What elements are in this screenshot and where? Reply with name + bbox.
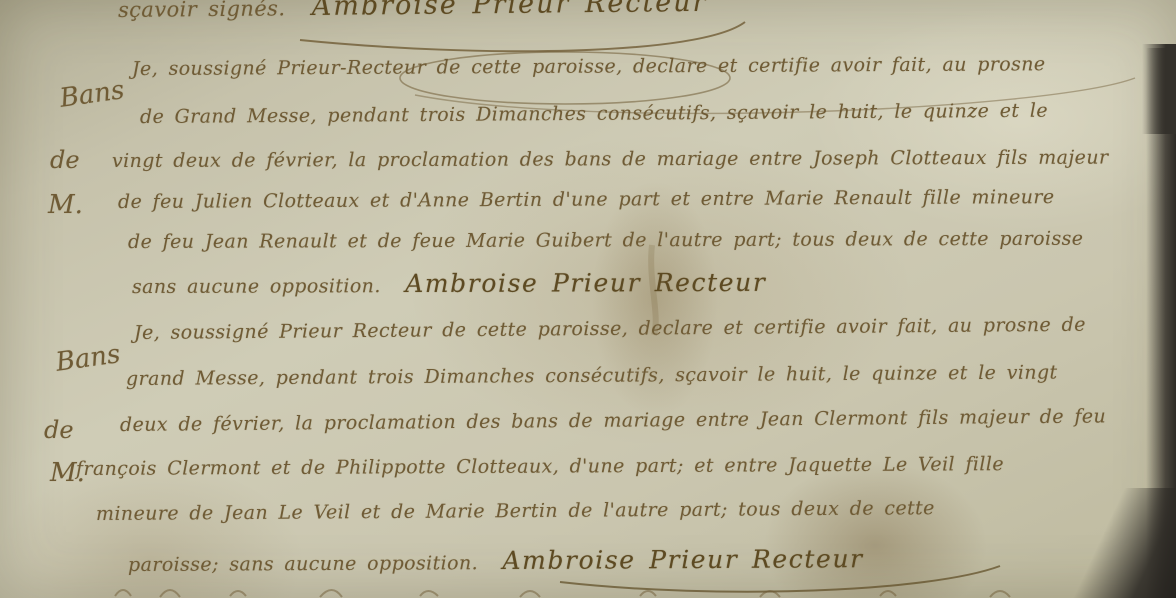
entry1-margin-m: M.: [48, 190, 83, 220]
entry1-signature: Ambroise Prieur Recteur: [405, 268, 766, 298]
header-signature: Ambroise Prieur Recteur: [312, 0, 708, 22]
entry1-line3: vingt deux de février, la proclamation d…: [112, 147, 1109, 172]
entry2-line5: mineure de Jean Le Veil et de Marie Bert…: [96, 497, 935, 525]
entry1-line5: de feu Jean Renault et de feue Marie Gui…: [128, 228, 1083, 253]
entry2-margin-bans: Bans: [54, 339, 122, 378]
entry2-line2: grand Messe, pendant trois Dimanches con…: [126, 361, 1058, 390]
photo-dark-edge-top-right: [1142, 44, 1176, 134]
entry2-margin-de: de: [44, 416, 74, 444]
entry1-line2: de Grand Messe, pendant trois Dimanches …: [140, 100, 1048, 128]
entry1-margin-bans: Bans: [58, 75, 126, 114]
entry2-line6: paroisse; sans aucune opposition. Ambroi…: [128, 544, 864, 577]
entry2-line1: Je, soussigné Prieur Recteur de cette pa…: [134, 314, 1086, 344]
manuscript-page: sçavoir signés. Ambroise Prieur Recteur …: [0, 0, 1176, 598]
entry1-line6: sans aucune opposition. Ambroise Prieur …: [132, 268, 767, 299]
entry1-line1: Je, soussigné Prieur-Recteur de cette pa…: [132, 53, 1046, 80]
entry2-closing-text: paroisse; sans aucune opposition.: [128, 552, 478, 576]
entry2-line3: deux de février, la proclamation des ban…: [120, 405, 1106, 436]
header-line: sçavoir signés. Ambroise Prieur Recteur: [118, 0, 708, 24]
entry2-line4: françois Clermont et de Philippotte Clot…: [76, 453, 1004, 480]
entry1-closing-text: sans aucune opposition.: [132, 275, 381, 298]
entry1-margin-de: de: [50, 146, 80, 174]
entry1-line4: de feu Julien Clotteaux et d'Anne Bertin…: [118, 186, 1055, 213]
header-lead-text: sçavoir signés.: [118, 0, 286, 22]
photo-dark-corner-bottom-right: [1056, 488, 1176, 598]
entry2-signature: Ambroise Prieur Recteur: [502, 544, 863, 575]
